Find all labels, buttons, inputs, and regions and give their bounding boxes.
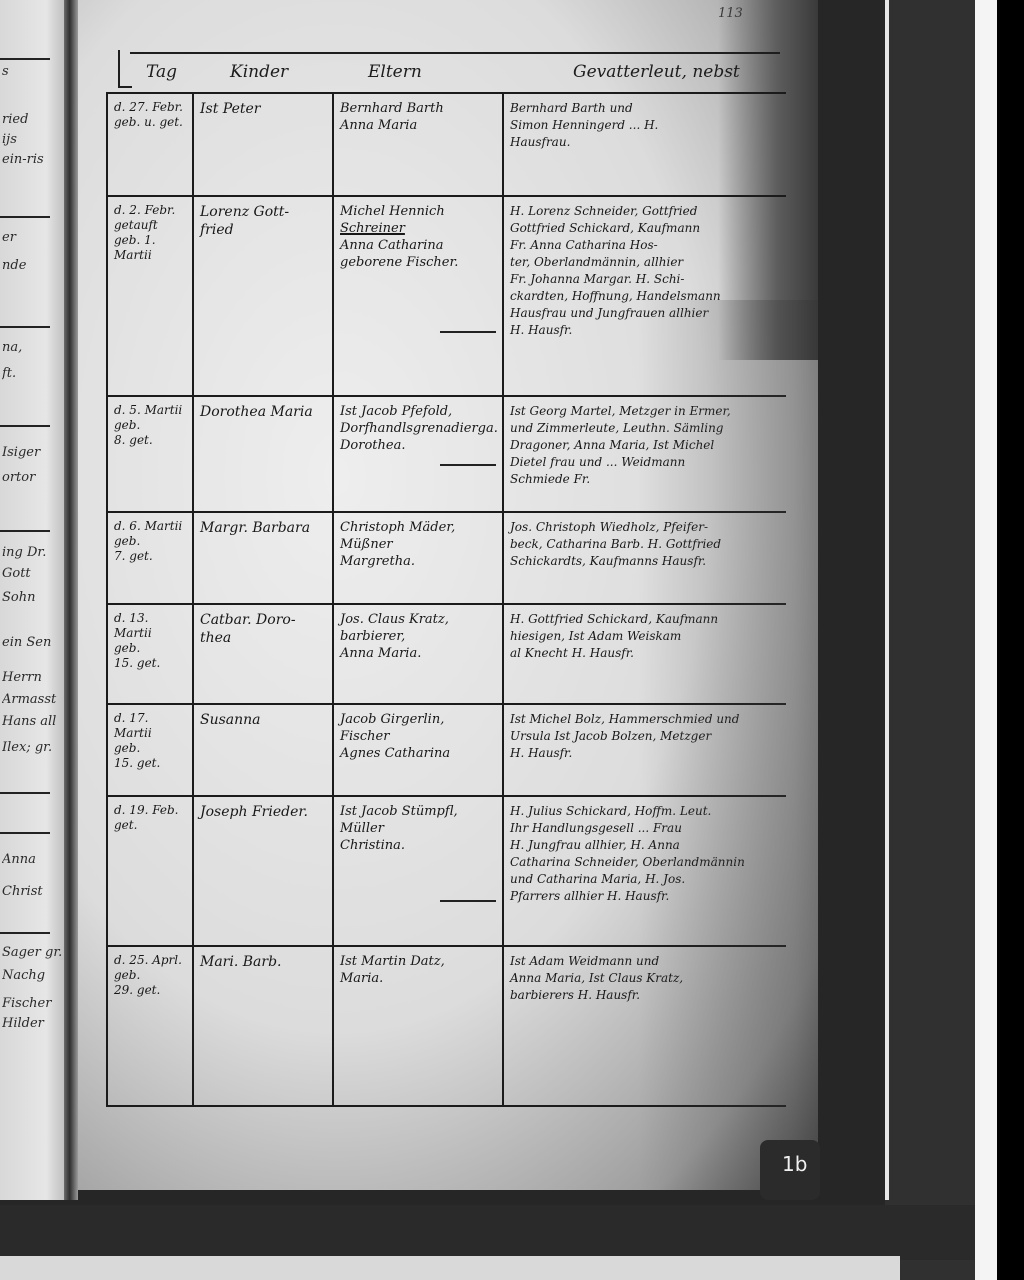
left-fragment: na,: [2, 340, 62, 355]
parent-line: Schreiner: [340, 220, 496, 237]
date-cell: d. 5. Martii geb. 8. get.: [107, 396, 193, 512]
godparents-cell: Jos. Christoph Wiedholz, Pfeifer- beck, …: [503, 512, 786, 604]
child-cell: Margr. Barbara: [193, 512, 333, 604]
header-child: Kinder: [230, 62, 288, 82]
date-line: geb.: [114, 641, 186, 656]
parent-line: geborene Fischer.: [340, 254, 496, 271]
godparent-line: Dietel frau und ... Weidmann: [510, 454, 780, 471]
parent-line: Ist Jacob Stümpfl,: [340, 803, 496, 820]
left-fragment: Fischer: [2, 996, 62, 1011]
godparents-cell: Ist Adam Weidmann und Anna Maria, Ist Cl…: [503, 946, 786, 1106]
parent-line: Bernhard Barth: [340, 100, 496, 117]
godparent-line: Simon Henningerd ... H.: [510, 117, 780, 134]
film-border-bottom: [0, 1205, 975, 1260]
date-line: geb.: [114, 418, 186, 433]
godparent-line: Hausfrau und Jungfrauen allhier: [510, 305, 780, 322]
date-line: 15. get.: [114, 656, 186, 671]
godparent-line: H. Hausfr.: [510, 745, 780, 762]
godparent-line: H. Gottfried Schickard, Kaufmann: [510, 611, 780, 628]
date-line: d. 5. Martii: [114, 403, 186, 418]
date-line: geb.: [114, 968, 186, 983]
godparent-line: Schmiede Fr.: [510, 471, 780, 488]
parent-line: Müßner: [340, 536, 496, 553]
godparent-line: ter, Oberlandmännin, allhier: [510, 254, 780, 271]
left-fragment: ein-ris: [2, 152, 62, 167]
godparent-line: H. Hausfr.: [510, 322, 780, 339]
left-fragment: Christ: [2, 884, 62, 899]
parent-line: Anna Catharina: [340, 237, 496, 254]
godparent-line: Gottfried Schickard, Kaufmann: [510, 220, 780, 237]
godparent-line: Dragoner, Anna Maria, Ist Michel: [510, 437, 780, 454]
register-row: d. 5. Martii geb. 8. get. Dorothea Maria…: [107, 396, 786, 512]
date-line: d. 2. Febr.: [114, 203, 186, 218]
page-number: 113: [718, 6, 743, 21]
frame-marker-glyph: 1b: [782, 1152, 807, 1176]
parents-cell: Christoph Mäder, Müßner Margretha.: [333, 512, 503, 604]
register-row: d. 25. Aprl. geb. 29. get. Mari. Barb. I…: [107, 946, 786, 1106]
child-cell: Dorothea Maria: [193, 396, 333, 512]
film-edge-light: [975, 0, 997, 1280]
date-cell: d. 27. Febr. geb. u. get.: [107, 93, 193, 196]
left-fragment: Herrn: [2, 670, 62, 685]
left-fragment: s: [2, 64, 62, 79]
godparent-line: Ist Adam Weidmann und: [510, 953, 780, 970]
child-cell: Mari. Barb.: [193, 946, 333, 1106]
left-fragment: ein Sen: [2, 635, 62, 650]
book-gutter: [64, 0, 78, 1200]
child-cell: Joseph Frieder.: [193, 796, 333, 946]
register-row: d. 6. Martii geb. 7. get. Margr. Barbara…: [107, 512, 786, 604]
closing-dash: [440, 464, 496, 466]
godparent-line: Bernhard Barth und: [510, 100, 780, 117]
date-cell: d. 25. Aprl. geb. 29. get.: [107, 946, 193, 1106]
parent-line: Agnes Catharina: [340, 745, 496, 762]
left-fragment: Hilder: [2, 1016, 62, 1031]
godparents-cell: Bernhard Barth und Simon Henningerd ... …: [503, 93, 786, 196]
parents-cell: Bernhard Barth Anna Maria: [333, 93, 503, 196]
left-fragment: Sager gr.: [2, 945, 62, 960]
parent-line: Christina.: [340, 837, 496, 854]
godparent-line: Ist Georg Martel, Metzger in Ermer,: [510, 403, 780, 420]
parent-line: Ist Martin Datz,: [340, 953, 496, 970]
godparent-line: Anna Maria, Ist Claus Kratz,: [510, 970, 780, 987]
register-row: d. 2. Febr. getauft geb. 1. Martii Loren…: [107, 196, 786, 396]
header-date: Tag: [146, 62, 177, 82]
date-cell: d. 19. Feb. get.: [107, 796, 193, 946]
film-edge-dark: [997, 0, 1024, 1280]
left-fragment: Nachg: [2, 968, 62, 983]
header-godparents: Gevatterleut, nebst: [573, 62, 740, 82]
scan-background: s ried ijs ein-ris er nde na, ft. Isiger…: [0, 0, 1024, 1280]
child-name: Margr. Barbara: [200, 519, 326, 537]
godparents-cell: Ist Michel Bolz, Hammerschmied und Ursul…: [503, 704, 786, 796]
date-line: d. 17. Martii: [114, 711, 186, 741]
next-frame-edge: [0, 1256, 900, 1280]
left-fragment: ft.: [2, 366, 62, 381]
left-fragment: Sohn: [2, 590, 62, 605]
godparents-cell: Ist Georg Martel, Metzger in Ermer, und …: [503, 396, 786, 512]
parents-cell: Ist Martin Datz, Maria.: [333, 946, 503, 1106]
parents-cell: Michel Hennich Schreiner Anna Catharina …: [333, 196, 503, 396]
godparent-line: Fr. Johanna Margar. H. Schi-: [510, 271, 780, 288]
parent-line: Fischer: [340, 728, 496, 745]
godparent-line: al Knecht H. Hausfr.: [510, 645, 780, 662]
child-cell: Ist Peter: [193, 93, 333, 196]
godparent-line: hiesigen, Ist Adam Weiskam: [510, 628, 780, 645]
child-name: fried: [200, 221, 326, 239]
register-row: d. 27. Febr. geb. u. get. Ist Peter Bern…: [107, 93, 786, 196]
parents-cell: Jos. Claus Kratz, barbierer, Anna Maria.: [333, 604, 503, 704]
film-frame-marker: 1b: [760, 1140, 820, 1200]
date-line: geb. 1. Martii: [114, 233, 186, 263]
parents-cell: Ist Jacob Stümpfl, Müller Christina.: [333, 796, 503, 946]
left-fragment: Ilex; gr.: [2, 740, 62, 755]
parent-line: Anna Maria.: [340, 645, 496, 662]
date-line: 7. get.: [114, 549, 186, 564]
date-line: d. 6. Martii: [114, 519, 186, 534]
date-cell: d. 13. Martii geb. 15. get.: [107, 604, 193, 704]
left-fragment: ijs: [2, 132, 62, 147]
closing-dash: [440, 331, 496, 333]
date-line: geb. u. get.: [114, 115, 186, 130]
date-line: 8. get.: [114, 433, 186, 448]
date-cell: d. 2. Febr. getauft geb. 1. Martii: [107, 196, 193, 396]
date-line: d. 27. Febr.: [114, 100, 186, 115]
child-cell: Catbar. Doro- thea: [193, 604, 333, 704]
child-name: Dorothea Maria: [200, 403, 326, 421]
register-page: 113 Tag Kinder Eltern Gevatterleut, nebs…: [78, 0, 818, 1190]
godparent-line: Ursula Ist Jacob Bolzen, Metzger: [510, 728, 780, 745]
child-name: Susanna: [200, 711, 326, 729]
date-line: get.: [114, 818, 186, 833]
godparent-line: Jos. Christoph Wiedholz, Pfeifer-: [510, 519, 780, 536]
left-fragment: nde: [2, 258, 62, 273]
parent-line: Michel Hennich: [340, 203, 496, 220]
left-fragment: Armasst: [2, 692, 62, 707]
date-cell: d. 6. Martii geb. 7. get.: [107, 512, 193, 604]
child-name: Catbar. Doro-: [200, 611, 326, 629]
parent-line: Müller: [340, 820, 496, 837]
godparent-line: und Zimmerleute, Leuthn. Sämling: [510, 420, 780, 437]
date-cell: d. 17. Martii geb. 15. get.: [107, 704, 193, 796]
parent-line: Dorfhandlsgrenadierga.: [340, 420, 496, 437]
date-line: geb.: [114, 741, 186, 756]
register-row: d. 19. Feb. get. Joseph Frieder. Ist Jac…: [107, 796, 786, 946]
parents-cell: Ist Jacob Pfefold, Dorfhandlsgrenadierga…: [333, 396, 503, 512]
parent-line: Maria.: [340, 970, 496, 987]
left-fragment: Hans all: [2, 714, 62, 729]
godparent-line: Hausfrau.: [510, 134, 780, 151]
godparent-line: H. Jungfrau allhier, H. Anna: [510, 837, 780, 854]
left-fragment: ried: [2, 112, 62, 127]
register-row: d. 17. Martii geb. 15. get. Susanna Jaco…: [107, 704, 786, 796]
date-line: 15. get.: [114, 756, 186, 771]
parent-line: barbierer,: [340, 628, 496, 645]
godparents-cell: H. Lorenz Schneider, Gottfried Gottfried…: [503, 196, 786, 396]
parent-line: Ist Jacob Pfefold,: [340, 403, 496, 420]
date-line: d. 19. Feb.: [114, 803, 186, 818]
baptism-register-table: d. 27. Febr. geb. u. get. Ist Peter Bern…: [106, 92, 786, 1107]
left-page-fragment: s ried ijs ein-ris er nde na, ft. Isiger…: [0, 0, 66, 1200]
godparent-line: barbierers H. Hausfr.: [510, 987, 780, 1004]
godparent-line: H. Lorenz Schneider, Gottfried: [510, 203, 780, 220]
child-cell: Lorenz Gott- fried: [193, 196, 333, 396]
header-rule: [130, 52, 780, 54]
date-line: geb.: [114, 534, 186, 549]
child-name: Joseph Frieder.: [200, 803, 326, 821]
date-line: 29. get.: [114, 983, 186, 998]
godparents-cell: H. Gottfried Schickard, Kaufmann hiesige…: [503, 604, 786, 704]
left-fragment: Anna: [2, 852, 62, 867]
column-headers: Tag Kinder Eltern Gevatterleut, nebst: [118, 56, 778, 90]
godparent-line: und Catharina Maria, H. Jos.: [510, 871, 780, 888]
left-fragment: ortor: [2, 470, 62, 485]
parent-line: Dorothea.: [340, 437, 496, 454]
parent-line: Jacob Girgerlin,: [340, 711, 496, 728]
date-line: getauft: [114, 218, 186, 233]
child-name: thea: [200, 629, 326, 647]
godparent-line: beck, Catharina Barb. H. Gottfried: [510, 536, 780, 553]
godparent-line: Pfarrers allhier H. Hausfr.: [510, 888, 780, 905]
left-fragment: ing Dr.: [2, 545, 62, 560]
child-name: Lorenz Gott-: [200, 203, 326, 221]
godparent-line: ckardten, Hoffnung, Handelsmann: [510, 288, 780, 305]
godparent-line: Catharina Schneider, Oberlandmännin: [510, 854, 780, 871]
child-name: Mari. Barb.: [200, 953, 326, 971]
left-fragment: er: [2, 230, 62, 245]
godparent-line: Schickardts, Kaufmanns Hausfr.: [510, 553, 780, 570]
header-parents: Eltern: [368, 62, 422, 82]
child-name: Ist Peter: [200, 100, 326, 118]
parents-cell: Jacob Girgerlin, Fischer Agnes Catharina: [333, 704, 503, 796]
left-fragment: Gott: [2, 566, 62, 581]
date-line: d. 13. Martii: [114, 611, 186, 641]
parent-line: Margretha.: [340, 553, 496, 570]
godparent-line: Ist Michel Bolz, Hammerschmied und: [510, 711, 780, 728]
register-row: d. 13. Martii geb. 15. get. Catbar. Doro…: [107, 604, 786, 704]
parent-line: Jos. Claus Kratz,: [340, 611, 496, 628]
godparent-line: H. Julius Schickard, Hoffm. Leut.: [510, 803, 780, 820]
godparent-line: Fr. Anna Catharina Hos-: [510, 237, 780, 254]
closing-dash: [440, 900, 496, 902]
left-fragment: Isiger: [2, 445, 62, 460]
film-border-right: [885, 0, 975, 1280]
godparent-line: Ihr Handlungsgesell ... Frau: [510, 820, 780, 837]
godparents-cell: H. Julius Schickard, Hoffm. Leut. Ihr Ha…: [503, 796, 786, 946]
date-line: d. 25. Aprl.: [114, 953, 186, 968]
parent-line: Christoph Mäder,: [340, 519, 496, 536]
child-cell: Susanna: [193, 704, 333, 796]
parent-line: Anna Maria: [340, 117, 496, 134]
